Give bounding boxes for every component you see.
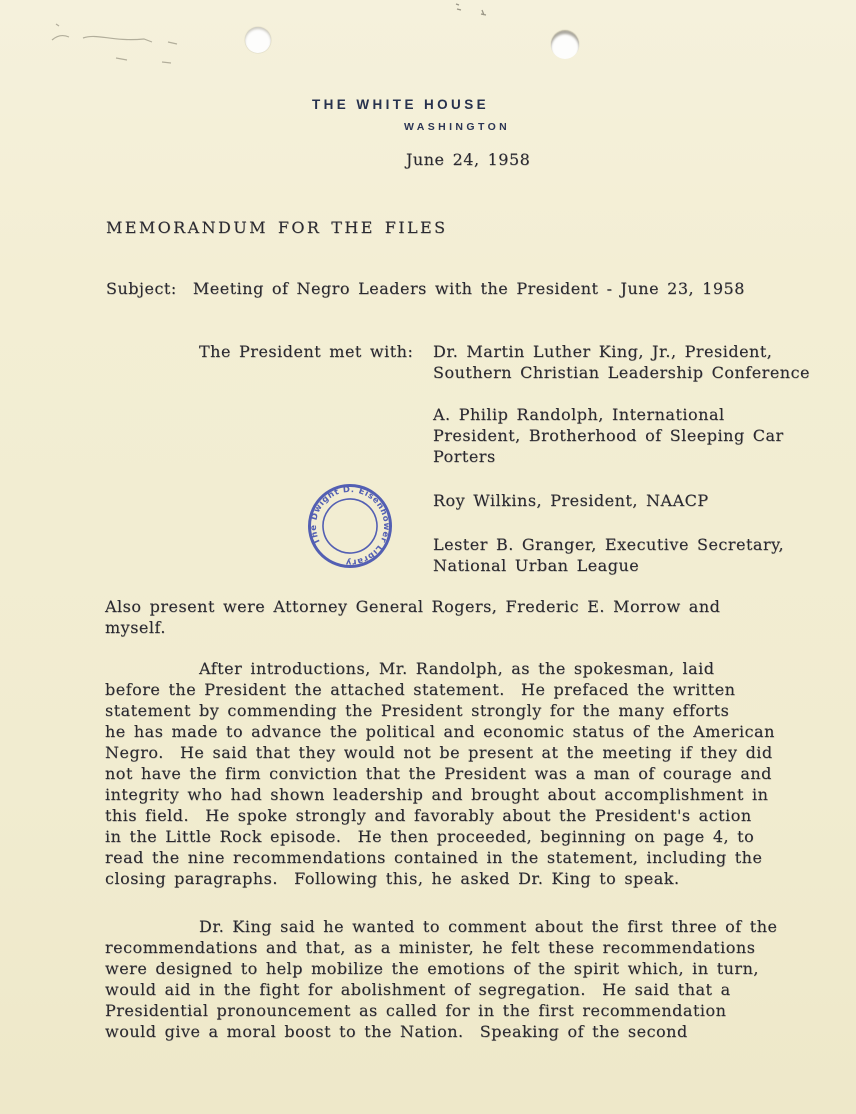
top-specks (448, 0, 498, 22)
also-present-lines: Also present were Attorney General Roger… (105, 596, 720, 638)
svg-text:The Dwight D. Eisenhower Libra: The Dwight D. Eisenhower Library (302, 478, 397, 573)
punch-hole-left (245, 27, 271, 53)
attendee-group-randolph: A. Philip Randolph, International Presid… (433, 404, 784, 467)
subject-line: Subject: Meeting of Negro Leaders with t… (106, 278, 745, 299)
pencil-scribble-marks (40, 14, 220, 74)
date-line: June 24, 1958 (406, 149, 530, 170)
memo-title: MEMORANDUM FOR THE FILES (106, 217, 447, 238)
paragraph-randolph: After introductions, Mr. Randolph, as th… (105, 658, 775, 889)
eisenhower-library-stamp: The Dwight D. Eisenhower Library (296, 472, 404, 580)
stamp-text: The Dwight D. Eisenhower Library (302, 478, 397, 573)
letterhead-line2: WASHINGTON (404, 121, 510, 133)
memo-page: THE WHITE HOUSE WASHINGTON June 24, 1958… (0, 0, 856, 1114)
paragraph-king: Dr. King said he wanted to comment about… (105, 916, 777, 1042)
attendees-label: The President met with: (199, 341, 413, 362)
attendee-group-king: Dr. Martin Luther King, Jr., President, … (433, 341, 810, 383)
punch-hole-right (551, 31, 579, 59)
attendee-group-granger: Lester B. Granger, Executive Secretary, … (433, 534, 784, 576)
attendee-group-wilkins: Roy Wilkins, President, NAACP (433, 490, 709, 511)
letterhead-line1: THE WHITE HOUSE (312, 97, 489, 112)
